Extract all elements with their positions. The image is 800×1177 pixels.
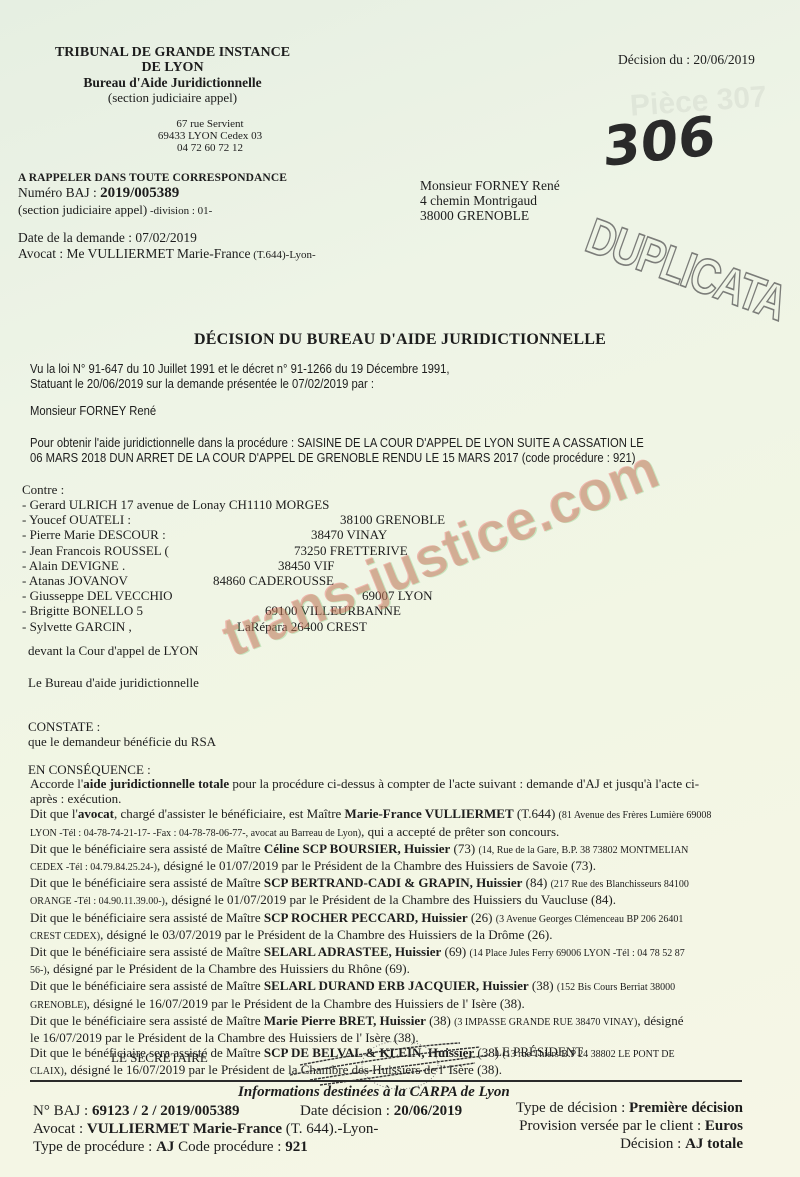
disposition-text: (38) [426,1013,454,1028]
bureau-name: Bureau d'Aide Juridictionnelle [40,75,305,90]
party-name: - Jean Francois ROUSSEL ( [22,543,169,558]
disposition-text: Dit que le bénéficiaire sera assisté de … [30,841,264,856]
carpa-provision-label: Provision versée par le client : [519,1118,705,1134]
carpa-baj: N° BAJ : 69123 / 2 / 2019/005389 [33,1103,239,1120]
disposition-line: après : exécution. [30,791,760,806]
address-phone: 04 72 60 72 12 [40,142,380,154]
division-label: -division : 01- [147,205,212,217]
contre-label: Contre : [22,482,64,498]
carpa-decision-label: Décision : [620,1136,685,1152]
disposition-address: (3 IMPASSE GRANDE RUE 38470 VINAY) [454,1017,637,1028]
disposition-bold: SELARL ADRASTEE, Huissier [264,944,441,959]
constate-label: CONSTATE : [28,719,100,735]
party-name: - Sylvette GARCIN , [22,619,132,634]
disposition-line: CEDEX -Tél : 04.79.84.25.24-), désigné l… [30,858,760,875]
disposition-text: (26) [468,910,496,925]
disposition-address: (14, Rue de la Gare, B.P. 38 73802 MONTM… [478,845,688,856]
disposition-text: , désigné le 16/07/2019 par le Président… [87,996,525,1011]
carpa-lawyer: Avocat : VULLIERMET Marie-France (T. 644… [33,1121,378,1138]
court-header: TRIBUNAL DE GRANDE INSTANCE DE LYON Bure… [40,45,305,105]
disposition-address: LYON -Tél : 04-78-74-21-17- -Fax : 04-78… [30,828,361,839]
carpa-procedure: Type de procédure : AJ Code procédure : … [33,1139,308,1156]
disposition-line: 56-), désigné par le Président de la Cha… [30,961,760,978]
address-street: 67 rue Servient [40,118,380,130]
separator-line [30,1080,742,1082]
court-name: TRIBUNAL DE GRANDE INSTANCE [40,45,305,60]
carpa-baj-label: N° BAJ : [33,1103,92,1119]
disposition-text: après : exécution. [30,791,121,806]
disposition-bold: SCP ROCHER PECCARD, Huissier [264,910,468,925]
party-name: - Alain DEVIGNE . [22,558,125,573]
recipient-address: Monsieur FORNEY René 4 chemin Montrigaud… [420,178,560,223]
disposition-text: Dit que le bénéficiaire sera assisté de … [30,978,264,993]
disposition-address: (152 Bis Cours Berriat 38000 [557,982,675,993]
disposition-text: , désigné le 03/07/2019 par le Président… [100,927,552,942]
disposition-line: Dit que le bénéficiaire sera assisté de … [30,910,760,927]
disposition-address: ORANGE -Tél : 04.90.11.39.00-) [30,896,165,907]
disposition-bold: avocat [78,806,114,821]
disposition-text: Dit que le bénéficiaire sera assisté de … [30,944,264,959]
disposition-line: Dit que le bénéficiaire sera assisté de … [30,841,760,858]
disposition-address: (217 Rue des Blanchisseurs 84100 [551,879,689,890]
procedure-line-1: Pour obtenir l'aide juridictionnelle dan… [30,436,644,450]
disposition-text: pour la procédure ci-dessus à compter de… [229,776,699,791]
disposition-bold: aide juridictionnelle totale [83,776,229,791]
recipient-city: 38000 GRENOBLE [420,208,560,223]
disposition-line: LYON -Tél : 04-78-74-21-17- -Fax : 04-78… [30,824,760,841]
disposition-line: Dit que le bénéficiaire sera assisté de … [30,875,760,892]
party-name: - Gerard ULRICH 17 avenue de Lonay CH111… [22,497,329,512]
list-item: - Pierre Marie DESCOUR :38470 VINAY [22,527,442,542]
carpa-type-value: Première décision [629,1100,743,1116]
secretary-signature: LE SECRÉTAIRE [111,1050,208,1066]
decision-title: DÉCISION DU BUREAU D'AIDE JURIDICTIONNEL… [0,331,800,349]
constate-text: que le demandeur bénéficie du RSA [28,734,216,750]
disposition-text: (73) [450,841,478,856]
disposition-line: CREST CEDEX), désigné le 03/07/2019 par … [30,927,760,944]
disposition-address: CLAIX) [30,1066,64,1077]
carpa-code-label: Code procédure : [174,1139,285,1155]
bureau-line: Le Bureau d'aide juridictionnelle [28,675,199,691]
carpa-date-value: 20/06/2019 [394,1103,462,1119]
carpa-proc-value: AJ [156,1139,174,1155]
carpa-code-value: 921 [285,1139,308,1155]
disposition-address: CEDEX -Tél : 04.79.84.25.24-) [30,862,157,873]
carpa-decision-value: AJ totale [685,1136,743,1152]
carpa-date: Date décision : 20/06/2019 [300,1103,462,1120]
disposition-text: Dit que le bénéficiaire sera assisté de … [30,910,264,925]
disposition-text: (38) [529,978,557,993]
lawyer-suffix: (T.644)-Lyon- [250,249,315,261]
party-city: 38470 VINAY [311,527,387,543]
disposition-bold: SCP BERTRAND-CADI & GRAPIN, Huissier [264,875,522,890]
disposition-address: (81 Avenue des Frères Lumière 69008 [559,810,712,821]
disposition-address: 56-) [30,965,47,976]
disposition-bold: SELARL DURAND ERB JACQUIER, Huissier [264,978,529,993]
duplicata-stamp: DUPLICATA [579,209,793,333]
disposition-address: CREST CEDEX) [30,931,100,942]
court-address: 67 rue Servient 69433 LYON Cedex 03 04 7… [40,118,380,154]
disposition-line: Dit que le bénéficiaire sera assisté de … [30,978,760,995]
disposition-line: Dit que le bénéficiaire sera assisté de … [30,1013,760,1030]
disposition-address: (3 Avenue Georges Clémenceau BP 206 2640… [496,914,684,925]
party-name: - Brigitte BONELLO 5 [22,603,143,618]
party-name: - Youcef OUATELI : [22,512,131,527]
disposition-line: GRENOBLE), désigné le 16/07/2019 par le … [30,996,760,1013]
disposition-text: , désigné le 01/07/2019 par le Président… [157,858,596,873]
president-signature: LE PRÉSIDENT [494,1044,583,1060]
disposition-text: , désigné par le Président de la Chambre… [47,961,410,976]
recipient-street: 4 chemin Montrigaud [420,193,560,208]
disposition-address: (14 Place Jules Ferry 69006 LYON -Tél : … [469,948,684,959]
carpa-lawyer-suffix: (T. 644).-Lyon- [282,1121,378,1137]
handwritten-number: 306 [602,104,716,179]
request-date: Date de la demande : 07/02/2019 [18,230,316,246]
party-name: - Giusseppe DEL VECCHIO [22,588,173,603]
disposition-bold: Céline SCP BOURSIER, Huissier [264,841,450,856]
disposition-line: Dit que l'avocat, chargé d'assister le b… [30,806,760,823]
party-name: - Pierre Marie DESCOUR : [22,527,166,542]
list-item: - Youcef OUATELI :38100 GRENOBLE [22,512,442,527]
ruling-line: Statuant le 20/06/2019 sur la demande pr… [30,377,374,391]
disposition-text: , désigné [637,1013,683,1028]
decision-date: Décision du : 20/06/2019 [618,52,755,67]
carpa-type-label: Type de décision : [516,1100,629,1116]
disposition-line: ORANGE -Tél : 04.90.11.39.00-), désigné … [30,892,760,909]
disposition-text: (T.644) [514,806,559,821]
carpa-proc-label: Type de procédure : [33,1139,156,1155]
disposition-bold: Marie-France VULLIERMET [345,806,514,821]
party-name: - Atanas JOVANOV [22,573,128,588]
disposition-line: Accorde l'aide juridictionnelle totale p… [30,776,760,791]
disposition-text: (84) [522,875,550,890]
carpa-title: Informations destinées à la CARPA de Lyo… [238,1084,510,1101]
disposition-text: Dit que l' [30,806,78,821]
court-city: DE LYON [40,60,305,75]
reminder-text: A RAPPELER DANS TOUTE CORRESPONDANCE [18,172,316,184]
carpa-provision: Provision versée par le client : Euros [519,1118,743,1135]
carpa-date-label: Date décision : [300,1103,394,1119]
applicant-name: Monsieur FORNEY René [30,404,156,418]
reference-block: A RAPPELER DANS TOUTE CORRESPONDANCE Num… [18,172,316,262]
carpa-lawyer-label: Avocat : [33,1121,87,1137]
lawyer-label: Avocat : Me VULLIERMET Marie-France [18,246,250,261]
recipient-name: Monsieur FORNEY René [420,178,560,193]
carpa-type: Type de décision : Première décision [516,1100,743,1117]
disposition-text: , qui a accepté de prêter son concours. [361,824,559,839]
section-label: (section judiciaire appel) [18,202,147,217]
disposition-text: , désigné le 01/07/2019 par le Président… [165,892,616,907]
disposition-line: Dit que le bénéficiaire sera assisté de … [30,944,760,961]
carpa-lawyer-value: VULLIERMET Marie-France [87,1121,282,1137]
law-reference: Vu la loi N° 91-647 du 10 Juillet 1991 e… [30,362,449,376]
carpa-decision: Décision : AJ totale [620,1136,743,1153]
list-item: - Gerard ULRICH 17 avenue de Lonay CH111… [22,497,442,512]
address-city: 69433 LYON Cedex 03 [40,130,380,142]
carpa-provision-value: Euros [705,1118,743,1134]
disposition-text: Dit que le bénéficiaire sera assisté de … [30,1013,264,1028]
disposition-text: (69) [441,944,469,959]
disposition-text: , chargé d'assister le bénéficiaire, est… [114,806,345,821]
court-line: devant la Cour d'appel de LYON [28,643,198,659]
disposition-address: GRENOBLE) [30,1000,87,1011]
carpa-baj-value: 69123 / 2 / 2019/005389 [92,1103,240,1119]
baj-number: 2019/005389 [100,185,179,201]
disposition-text: Accorde l' [30,776,83,791]
disposition-bold: Marie Pierre BRET, Huissier [264,1013,426,1028]
disposition-text: Dit que le bénéficiaire sera assisté de … [30,875,264,890]
baj-label: Numéro BAJ : [18,185,100,200]
procedure-line-2: 06 MARS 2018 DUN ARRET DE LA COUR D'APPE… [30,451,636,465]
bureau-section: (section judiciaire appel) [40,90,305,105]
